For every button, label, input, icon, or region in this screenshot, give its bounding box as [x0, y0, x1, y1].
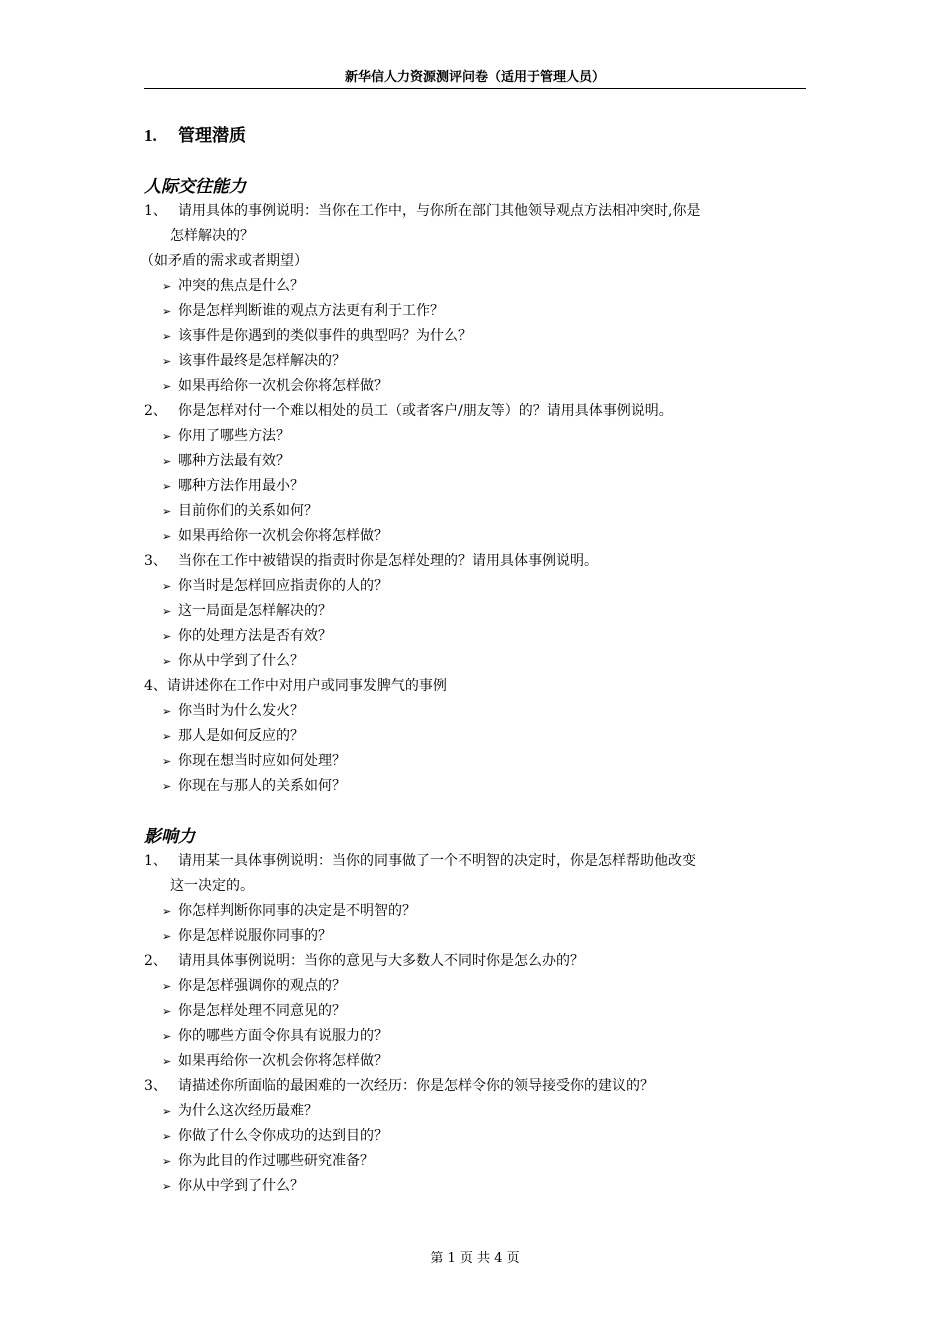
bullet-item: ➢你当时为什么发火？: [144, 699, 808, 724]
arrow-bullet-icon: ➢: [162, 624, 178, 649]
arrow-bullet-icon: ➢: [162, 1024, 178, 1049]
arrow-bullet-icon: ➢: [162, 1174, 178, 1199]
arrow-bullet-icon: ➢: [162, 749, 178, 774]
question-text: 请用具体的事例说明：当你在工作中，与你所在部门其他领导观点方法相冲突时,你是: [178, 199, 808, 224]
question-note: （如矛盾的需求或者期望）: [140, 249, 808, 274]
question-text-continued: 这一决定的。: [144, 874, 808, 899]
question-text: 请用具体事例说明：当你的意见与大多数人不同时你是怎么办的？: [178, 949, 808, 974]
question-number: 2、: [144, 949, 178, 974]
arrow-bullet-icon: ➢: [162, 1149, 178, 1174]
arrow-bullet-icon: ➢: [162, 349, 178, 374]
section-title: 管理潜质: [178, 126, 246, 146]
question: 1、 请用某一具体事例说明：当你的同事做了一个不明智的决定时，你是怎样帮助他改变: [144, 849, 808, 874]
bullet-item: ➢那人是如何反应的？: [144, 724, 808, 749]
bullet-item: ➢你是怎样判断谁的观点方法更有利于工作？: [144, 299, 808, 324]
arrow-bullet-icon: ➢: [162, 1124, 178, 1149]
bullet-item: ➢你当时是怎样回应指责你的人的？: [144, 574, 808, 599]
bullet-item: ➢你从中学到了什么？: [144, 1174, 808, 1199]
arrow-bullet-icon: ➢: [162, 1099, 178, 1124]
question-text: 请用某一具体事例说明：当你的同事做了一个不明智的决定时，你是怎样帮助他改变: [178, 849, 808, 874]
bullet-item: ➢你是怎样强调你的观点的？: [144, 974, 808, 999]
question-number: 1、: [144, 849, 178, 874]
question-text: 请讲述你在工作中对用户或同事发脾气的事例: [167, 678, 447, 694]
question: 1、 请用具体的事例说明：当你在工作中，与你所在部门其他领导观点方法相冲突时,你…: [144, 199, 808, 224]
question: 4、请讲述你在工作中对用户或同事发脾气的事例: [144, 674, 808, 699]
arrow-bullet-icon: ➢: [162, 999, 178, 1024]
arrow-bullet-icon: ➢: [162, 924, 178, 949]
bullet-item: ➢你怎样判断你同事的决定是不明智的？: [144, 899, 808, 924]
arrow-bullet-icon: ➢: [162, 974, 178, 999]
page-footer: 第 1 页 共 4 页: [0, 1247, 950, 1266]
arrow-bullet-icon: ➢: [162, 474, 178, 499]
arrow-bullet-icon: ➢: [162, 324, 178, 349]
question-number: 1、: [144, 199, 178, 224]
arrow-bullet-icon: ➢: [162, 274, 178, 299]
bullet-item: ➢你是怎样说服你同事的？: [144, 924, 808, 949]
arrow-bullet-icon: ➢: [162, 574, 178, 599]
bullet-item: ➢你做了什么令你成功的达到目的？: [144, 1124, 808, 1149]
question-text: 当你在工作中被错误的指责时你是怎样处理的？请用具体事例说明。: [178, 549, 808, 574]
document-body: 1.管理潜质 人际交往能力 1、 请用具体的事例说明：当你在工作中，与你所在部门…: [144, 124, 808, 1199]
bullet-item: ➢你的哪些方面令你具有说服力的？: [144, 1024, 808, 1049]
bullet-item: ➢这一局面是怎样解决的？: [144, 599, 808, 624]
subsection-title: 影响力: [144, 825, 808, 849]
bullet-item: ➢如果再给你一次机会你将怎样做？: [144, 374, 808, 399]
bullet-item: ➢你是怎样处理不同意见的？: [144, 999, 808, 1024]
question-number: 3、: [144, 549, 178, 574]
bullet-item: ➢你现在与那人的关系如何？: [144, 774, 808, 799]
arrow-bullet-icon: ➢: [162, 449, 178, 474]
question: 2、 请用具体事例说明：当你的意见与大多数人不同时你是怎么办的？: [144, 949, 808, 974]
bullet-item: ➢你的处理方法是否有效？: [144, 624, 808, 649]
question-text: 请描述你所面临的最困难的一次经历：你是怎样令你的领导接受你的建议的？: [178, 1074, 808, 1099]
bullet-item: ➢你现在想当时应如何处理？: [144, 749, 808, 774]
question: 2、 你是怎样对付一个难以相处的员工（或者客户/朋友等）的？请用具体事例说明。: [144, 399, 808, 424]
question: 3、 当你在工作中被错误的指责时你是怎样处理的？请用具体事例说明。: [144, 549, 808, 574]
bullet-item: ➢如果再给你一次机会你将怎样做？: [144, 1049, 808, 1074]
arrow-bullet-icon: ➢: [162, 374, 178, 399]
page-header: 新华信人力资源测评问卷（适用于管理人员）: [144, 66, 806, 89]
arrow-bullet-icon: ➢: [162, 1049, 178, 1074]
arrow-bullet-icon: ➢: [162, 499, 178, 524]
question-number: 4、: [144, 678, 167, 694]
question: 3、 请描述你所面临的最困难的一次经历：你是怎样令你的领导接受你的建议的？: [144, 1074, 808, 1099]
question-number: 3、: [144, 1074, 178, 1099]
arrow-bullet-icon: ➢: [162, 649, 178, 674]
bullet-item: ➢如果再给你一次机会你将怎样做？: [144, 524, 808, 549]
subsection-title: 人际交往能力: [144, 175, 808, 199]
bullet-item: ➢目前你们的关系如何？: [144, 499, 808, 524]
section-number: 1.: [144, 124, 178, 148]
arrow-bullet-icon: ➢: [162, 299, 178, 324]
arrow-bullet-icon: ➢: [162, 424, 178, 449]
arrow-bullet-icon: ➢: [162, 599, 178, 624]
question-number: 2、: [144, 399, 178, 424]
question-text: 你是怎样对付一个难以相处的员工（或者客户/朋友等）的？请用具体事例说明。: [178, 399, 808, 424]
bullet-item: ➢你用了哪些方法？: [144, 424, 808, 449]
bullet-item: ➢该事件是你遇到的类似事件的典型吗？为什么？: [144, 324, 808, 349]
section-heading: 1.管理潜质: [144, 124, 808, 148]
question-text-continued: 怎样解决的？: [144, 224, 808, 249]
bullet-item: ➢冲突的焦点是什么？: [144, 274, 808, 299]
bullet-item: ➢哪种方法最有效？: [144, 449, 808, 474]
arrow-bullet-icon: ➢: [162, 899, 178, 924]
arrow-bullet-icon: ➢: [162, 724, 178, 749]
arrow-bullet-icon: ➢: [162, 699, 178, 724]
bullet-item: ➢你从中学到了什么？: [144, 649, 808, 674]
bullet-item: ➢哪种方法作用最小？: [144, 474, 808, 499]
arrow-bullet-icon: ➢: [162, 524, 178, 549]
bullet-item: ➢你为此目的作过哪些研究准备？: [144, 1149, 808, 1174]
bullet-item: ➢为什么这次经历最难？: [144, 1099, 808, 1124]
arrow-bullet-icon: ➢: [162, 774, 178, 799]
bullet-item: ➢该事件最终是怎样解决的？: [144, 349, 808, 374]
